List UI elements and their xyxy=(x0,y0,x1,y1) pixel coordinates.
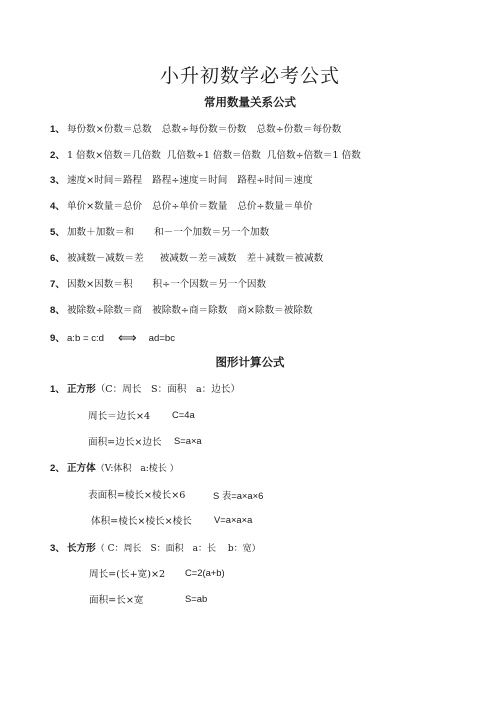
formula-line-9-proportion: 9、a:b = c:d⟺ad=bc xyxy=(50,329,175,345)
rectangle-perimeter-symbolic: C=2(a+b) xyxy=(185,567,225,578)
cube-volume-symbolic: V=a×a×a xyxy=(214,514,252,525)
shape-rectangle-heading: 3、长方形（ C：周长 S：面积 a：长 b：宽） xyxy=(50,540,261,554)
formula-line-8: 8、被除数÷除数＝商被除数÷商＝除数商×除数＝被除数 xyxy=(50,302,313,316)
cube-surface-area-formula: 表面积=棱长×棱长×6 xyxy=(88,487,185,501)
formula-line-7: 7、因数×因数＝积积÷一个因数＝另一个因数 xyxy=(50,276,266,290)
double-arrow-icon: ⟺ xyxy=(118,330,137,346)
formula-line-5: 5、加数＋加数＝和和－一个加数＝另一个加数 xyxy=(50,224,269,238)
square-perimeter-symbolic: C=4a xyxy=(172,409,195,420)
square-area-symbolic: S=a×a xyxy=(174,435,202,446)
square-area-formula: 面积=边长×边长 xyxy=(88,434,162,448)
formula-line-1: 1、每份数×份数＝总数总数÷每份数＝份数总数÷份数＝每份数 xyxy=(50,121,341,135)
rectangle-perimeter-formula: 周长=(长+宽)×2 xyxy=(89,566,165,580)
section-heading-geometry: 图形计算公式 xyxy=(0,354,500,370)
shape-cube-heading: 2、正方体（V:体积 a:棱长 ） xyxy=(50,460,179,474)
rectangle-area-symbolic: S=ab xyxy=(185,593,207,604)
formula-line-6: 6、被减数－减数＝差被减数－差＝减数差＋减数＝被减数 xyxy=(50,250,323,264)
document-title: 小升初数学必考公式 xyxy=(0,61,500,88)
cube-surface-area-symbolic: S 表=a×a×6 xyxy=(213,488,263,502)
section-heading-quantity-relations: 常用数量关系公式 xyxy=(0,94,500,110)
square-perimeter-formula: 周长＝边长×4 xyxy=(88,408,150,422)
formula-line-3: 3、速度×时间＝路程路程÷速度＝时间路程÷时间＝速度 xyxy=(50,172,313,186)
rectangle-area-formula: 面积=长×宽 xyxy=(89,592,143,606)
formula-line-2: 2、1 倍数×倍数＝几倍数几倍数÷1 倍数＝倍数几倍数÷倍数＝1 倍数 xyxy=(50,147,361,161)
shape-square-heading: 1、正方形（C：周长 S：面积 a：边长） xyxy=(50,381,240,395)
formula-line-4: 4、单价×数量＝总价总价÷单价＝数量总价÷数量＝单价 xyxy=(50,198,313,212)
cube-volume-formula: 体积=棱长×棱长×棱长 xyxy=(91,513,192,527)
